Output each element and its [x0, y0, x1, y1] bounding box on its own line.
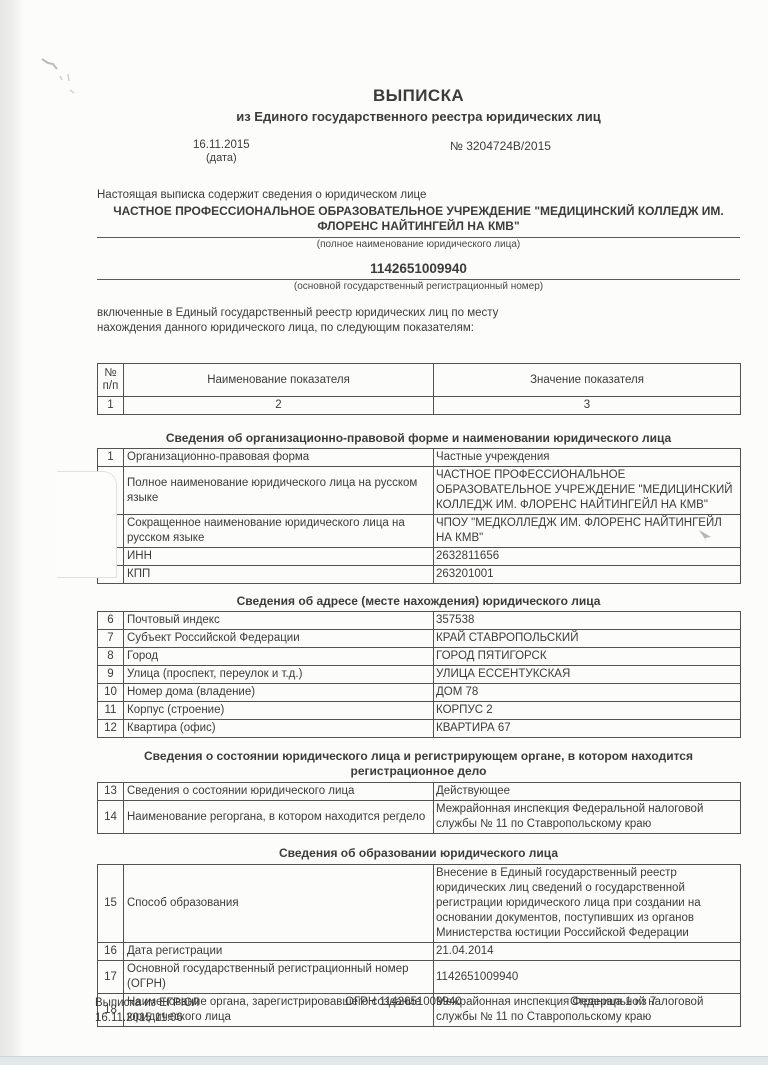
- included-paragraph: включенные в Единый государственный реес…: [97, 306, 542, 336]
- row-value: УЛИЦА ЕССЕНТУКСКАЯ: [434, 666, 741, 684]
- date-and-number-row: 16.11.2015 (дата) № 3204724В/2015: [97, 139, 740, 181]
- row-label: Город: [124, 648, 434, 666]
- row-label: Квартира (офис): [124, 720, 434, 738]
- row-num: 9: [98, 666, 124, 684]
- row-num: 1: [98, 449, 124, 467]
- extract-number: № 3204724В/2015: [450, 139, 551, 153]
- page-title: ВЫПИСКА: [97, 86, 740, 106]
- row-label: Субъект Российской Федерации: [124, 630, 434, 648]
- correction-tape-patch: [57, 471, 117, 578]
- footer-timestamp: 16.11.2015 11:06: [95, 1011, 199, 1026]
- row-label: Способ образования: [124, 865, 434, 943]
- row-num: 11: [98, 702, 124, 720]
- row-num: 16: [98, 943, 124, 961]
- scanner-edge-shadow: [0, 0, 24, 1065]
- row-value: 21.04.2014: [434, 943, 741, 961]
- row-label: Организационно-правовая форма: [124, 449, 434, 467]
- row-label: Номер дома (владение): [124, 684, 434, 702]
- row-num: 7: [98, 630, 124, 648]
- full-org-name: ЧАСТНОЕ ПРОФЕССИОНАЛЬНОЕ ОБРАЗОВАТЕЛЬНОЕ…: [97, 204, 740, 238]
- footer-page-number: Страница 1 из 7: [570, 996, 656, 1008]
- row-label: Наименование регоргана, в котором находи…: [124, 801, 434, 834]
- row-label: ИНН: [124, 548, 434, 566]
- table-row: 11 Корпус (строение) КОРПУС 2: [98, 702, 741, 720]
- row-num: 6: [98, 612, 124, 630]
- ogrn-number: 1142651009940: [97, 261, 740, 280]
- columns-header-table: №п/п Наименование показателя Значение по…: [97, 363, 741, 415]
- legal-form-table: 1 Организационно-правовая форма Частные …: [97, 448, 741, 584]
- row-value: КРАЙ СТАВРОПОЛЬСКИЙ: [434, 630, 741, 648]
- row-value: 1142651009940: [434, 961, 741, 994]
- row-value: Действующее: [434, 783, 741, 801]
- table-row: 1 2 3: [98, 397, 741, 415]
- ogrn-caption: (основной государственный регистрационны…: [97, 281, 740, 292]
- table-row: Полное наименование юридического лица на…: [98, 467, 741, 515]
- row-label: КПП: [124, 566, 434, 584]
- row-label: Полное наименование юридического лица на…: [124, 467, 434, 515]
- table-row: 16 Дата регистрации 21.04.2014: [98, 943, 741, 961]
- row-label: Сведения о состоянии юридического лица: [124, 783, 434, 801]
- num-header-line1: №: [104, 367, 116, 379]
- row-label: Сокращенное наименование юридического ли…: [124, 515, 434, 548]
- row-value: 263201001: [434, 566, 741, 584]
- row-value: Межрайонная инспекция Федеральной налого…: [434, 801, 741, 834]
- footer-ogrn: ОГРН 1142651009940: [345, 996, 462, 1008]
- col-header-value: Значение показателя: [434, 364, 741, 397]
- table-row: ИНН 2632811656: [98, 548, 741, 566]
- row-value: 357538: [434, 612, 741, 630]
- col-index-3: 3: [434, 397, 741, 415]
- extract-date-block: 16.11.2015 (дата): [193, 139, 250, 164]
- table-row: 12 Квартира (офис) КВАРТИРА 67: [98, 720, 741, 738]
- section-title-address: Сведения об адресе (месте нахождения) юр…: [97, 594, 740, 609]
- date-caption: (дата): [193, 152, 250, 164]
- row-value: 2632811656: [434, 548, 741, 566]
- table-row: 10 Номер дома (владение) ДОМ 78: [98, 684, 741, 702]
- intro-line: Настоящая выписка содержит сведения о юр…: [97, 189, 740, 201]
- table-row: КПП 263201001: [98, 566, 741, 584]
- row-num: 17: [98, 961, 124, 994]
- pen-mark-artifact: [38, 50, 88, 102]
- row-num: 10: [98, 684, 124, 702]
- num-header-line2: п/п: [103, 380, 119, 392]
- page-subtitle: из Единого государственного реестра юрид…: [97, 109, 740, 124]
- footer-source-title: Выписка из ЕГРЮЛ: [95, 996, 199, 1011]
- scanner-edge-bottom: [0, 1056, 768, 1065]
- row-value: ГОРОД ПЯТИГОРСК: [434, 648, 741, 666]
- extract-date: 16.11.2015: [193, 139, 250, 151]
- status-table: 13 Сведения о состоянии юридического лиц…: [97, 782, 741, 834]
- row-label: Улица (проспект, переулок и т.д.): [124, 666, 434, 684]
- section-legal-form: 1 Организационно-правовая форма Частные …: [97, 448, 740, 584]
- footer-source: Выписка из ЕГРЮЛ 16.11.2015 11:06: [95, 996, 199, 1026]
- table-row: 8 Город ГОРОД ПЯТИГОРСК: [98, 648, 741, 666]
- table-row: 14 Наименование регоргана, в котором нах…: [98, 801, 741, 834]
- row-num: 8: [98, 648, 124, 666]
- row-num: 12: [98, 720, 124, 738]
- section-title-status: Сведения о состоянии юридического лица и…: [97, 749, 740, 779]
- table-row: 13 Сведения о состоянии юридического лиц…: [98, 783, 741, 801]
- table-row: №п/п Наименование показателя Значение по…: [98, 364, 741, 397]
- row-value: КОРПУС 2: [434, 702, 741, 720]
- row-value: ЧАСТНОЕ ПРОФЕССИОНАЛЬНОЕ ОБРАЗОВАТЕЛЬНОЕ…: [434, 467, 741, 515]
- row-value: Частные учреждения: [434, 449, 741, 467]
- table-row: 15 Способ образования Внесение в Единый …: [98, 865, 741, 943]
- row-value: ДОМ 78: [434, 684, 741, 702]
- col-index-2: 2: [124, 397, 434, 415]
- table-row: 9 Улица (проспект, переулок и т.д.) УЛИЦ…: [98, 666, 741, 684]
- table-row: Сокращенное наименование юридического ли…: [98, 515, 741, 548]
- row-label: Основной государственный регистрационный…: [124, 961, 434, 994]
- address-table: 6 Почтовый индекс 357538 7 Субъект Росси…: [97, 611, 741, 738]
- table-row: 7 Субъект Российской Федерации КРАЙ СТАВ…: [98, 630, 741, 648]
- row-label: Корпус (строение): [124, 702, 434, 720]
- section-title-legal-form: Сведения об организационно-правовой форм…: [97, 431, 740, 446]
- smudge-artifact: [697, 528, 715, 544]
- row-num: 13: [98, 783, 124, 801]
- row-value: КВАРТИРА 67: [434, 720, 741, 738]
- table-row: 1 Организационно-правовая форма Частные …: [98, 449, 741, 467]
- col-header-name: Наименование показателя: [124, 364, 434, 397]
- row-label: Дата регистрации: [124, 943, 434, 961]
- col-index-1: 1: [98, 397, 124, 415]
- table-row: 17 Основной государственный регистрацион…: [98, 961, 741, 994]
- document-page: ВЫПИСКА из Единого государственного реес…: [97, 0, 740, 1027]
- row-label: Почтовый индекс: [124, 612, 434, 630]
- col-header-num: №п/п: [98, 364, 124, 397]
- row-value: Внесение в Единый государственный реестр…: [434, 865, 741, 943]
- full-org-name-caption: (полное наименование юридического лица): [97, 239, 740, 250]
- row-num: 14: [98, 801, 124, 834]
- row-num: 15: [98, 865, 124, 943]
- table-row: 6 Почтовый индекс 357538: [98, 612, 741, 630]
- section-title-formation: Сведения об образовании юридического лиц…: [97, 846, 740, 861]
- row-value: ЧПОУ "МЕДКОЛЛЕДЖ ИМ. ФЛОРЕНС НАЙТИНГЕЙЛ …: [434, 515, 741, 548]
